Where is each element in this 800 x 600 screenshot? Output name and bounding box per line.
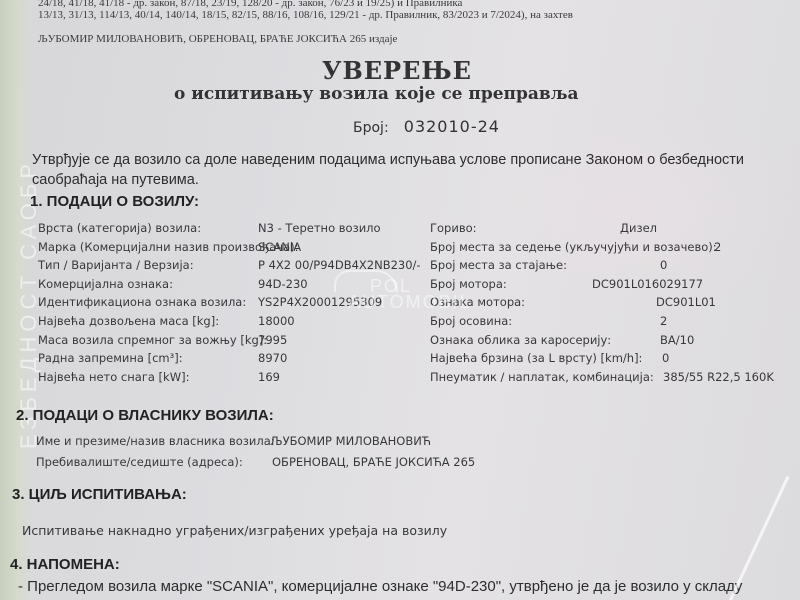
vehicle-field-label: Ознака облика за каросерију: xyxy=(430,333,611,347)
vehicle-field-value: 0 xyxy=(660,258,667,272)
vehicle-field-value: 94D-230 xyxy=(258,277,308,291)
vehicle-field-label: Врста (категорија) возила: xyxy=(38,221,201,235)
owner-name-label: Име и презиме/назив власника возила: xyxy=(36,434,275,448)
number-label: Број: xyxy=(353,120,389,136)
vehicle-field-label: Највећа нето снага [kW]: xyxy=(38,370,189,384)
vehicle-field-value: 169 xyxy=(258,370,280,384)
vehicle-field-label: Највећа дозвољена маса [kg]: xyxy=(38,314,219,328)
number-value: 032010-24 xyxy=(404,117,500,136)
vehicle-field-label: Гориво: xyxy=(430,221,477,235)
vehicle-field-value: 7995 xyxy=(258,333,287,347)
vehicle-field-label: Број места за стајање: xyxy=(430,258,567,272)
vehicle-field-value: 0 xyxy=(662,351,669,365)
paper-crease xyxy=(728,476,790,600)
pol-automobil-watermark: POL AUTOMOBIL xyxy=(348,278,472,310)
vehicle-field-value: 385/55 R22,5 160K xyxy=(663,370,774,384)
vehicle-field-label: Број места за седење (укључујући и возач… xyxy=(430,240,717,254)
page-edge-strip: ЕЗБЕДНОСТ САОБР xyxy=(0,0,30,600)
vehicle-field-value: DC901L01 xyxy=(656,295,716,309)
issuer-line: ЉУБОМИР МИЛОВАНОВИЋ, ОБРЕНОВАЦ, БРАЋЕ ЈО… xyxy=(38,33,397,45)
vehicle-field-label: Пнеуматик / наплатак, комбинација: xyxy=(430,370,654,384)
section-4-text: - Прегледом возила марке "SCANIA", комер… xyxy=(18,578,742,595)
document-title: УВЕРЕЊЕ xyxy=(322,56,472,85)
vehicle-field-label: Комерцијална ознака: xyxy=(38,277,173,291)
intro-line-1: Утврђује се да возило са доле наведеним … xyxy=(32,152,744,168)
vehicle-field-value: 2 xyxy=(660,314,667,328)
vehicle-field-value: DC901L016029177 xyxy=(592,277,703,291)
vehicle-field-value: P 4X2 00/P94DB4X2NB230/- xyxy=(258,258,421,272)
vehicle-field-label: Највећа брзина (за L врсту) [km/h]: xyxy=(430,351,642,365)
vehicle-field-value: 8970 xyxy=(258,351,287,365)
vehicle-field-label: Број осовина: xyxy=(430,314,512,328)
vehicle-field-value: 2 xyxy=(714,240,721,254)
header-law-line-1: 24/18, 41/18, 41/18 - др. закон, 87/18, … xyxy=(38,0,462,9)
section-4-heading: 4. НАПОМЕНА: xyxy=(10,556,120,573)
header-law-line-2: 13/13, 31/13, 114/13, 40/14, 140/14, 18/… xyxy=(38,9,573,21)
vehicle-field-label: Маса возила спремног за вожњу [kg]: xyxy=(38,333,267,347)
document-number: Број: 032010-24 xyxy=(353,117,500,136)
document-subtitle: о испитивању возила које се преправља xyxy=(174,84,579,104)
vehicle-field-label: Радна запремина [cm³]: xyxy=(38,351,183,365)
vehicle-field-label: Тип / Варијанта / Верзија: xyxy=(38,258,194,272)
vehicle-field-value: 18000 xyxy=(258,314,295,328)
section-3-text: Испитивање накнадно уграђених/изграђених… xyxy=(22,523,447,538)
watermark-line-2: AUTOMOBIL xyxy=(348,294,472,310)
vehicle-field-value: Дизел xyxy=(620,221,657,235)
section-2-heading: 2. ПОДАЦИ О ВЛАСНИКУ ВОЗИЛА: xyxy=(16,407,274,424)
section-3-heading: 3. ЦИЉ ИСПИТИВАЊА: xyxy=(12,486,187,503)
section-1-heading: 1. ПОДАЦИ О ВОЗИЛУ: xyxy=(30,193,199,210)
owner-address-value: ОБРЕНОВАЦ, БРАЋЕ ЈОКСИЋА 265 xyxy=(272,455,475,469)
car-outline-icon xyxy=(334,270,398,292)
vehicle-field-value: SCANIA xyxy=(258,240,301,254)
owner-name-value: ЉУБОМИР МИЛОВАНОВИЋ xyxy=(270,434,431,448)
vehicle-field-value: BA/10 xyxy=(660,333,694,347)
owner-address-label: Пребивалиште/седиште (адреса): xyxy=(36,455,243,469)
intro-line-2: саобраћаја на путевима. xyxy=(32,172,199,188)
vehicle-field-label: Идентификациона ознака возила: xyxy=(38,295,246,309)
vehicle-field-value: N3 - Теретно возило xyxy=(258,221,381,235)
